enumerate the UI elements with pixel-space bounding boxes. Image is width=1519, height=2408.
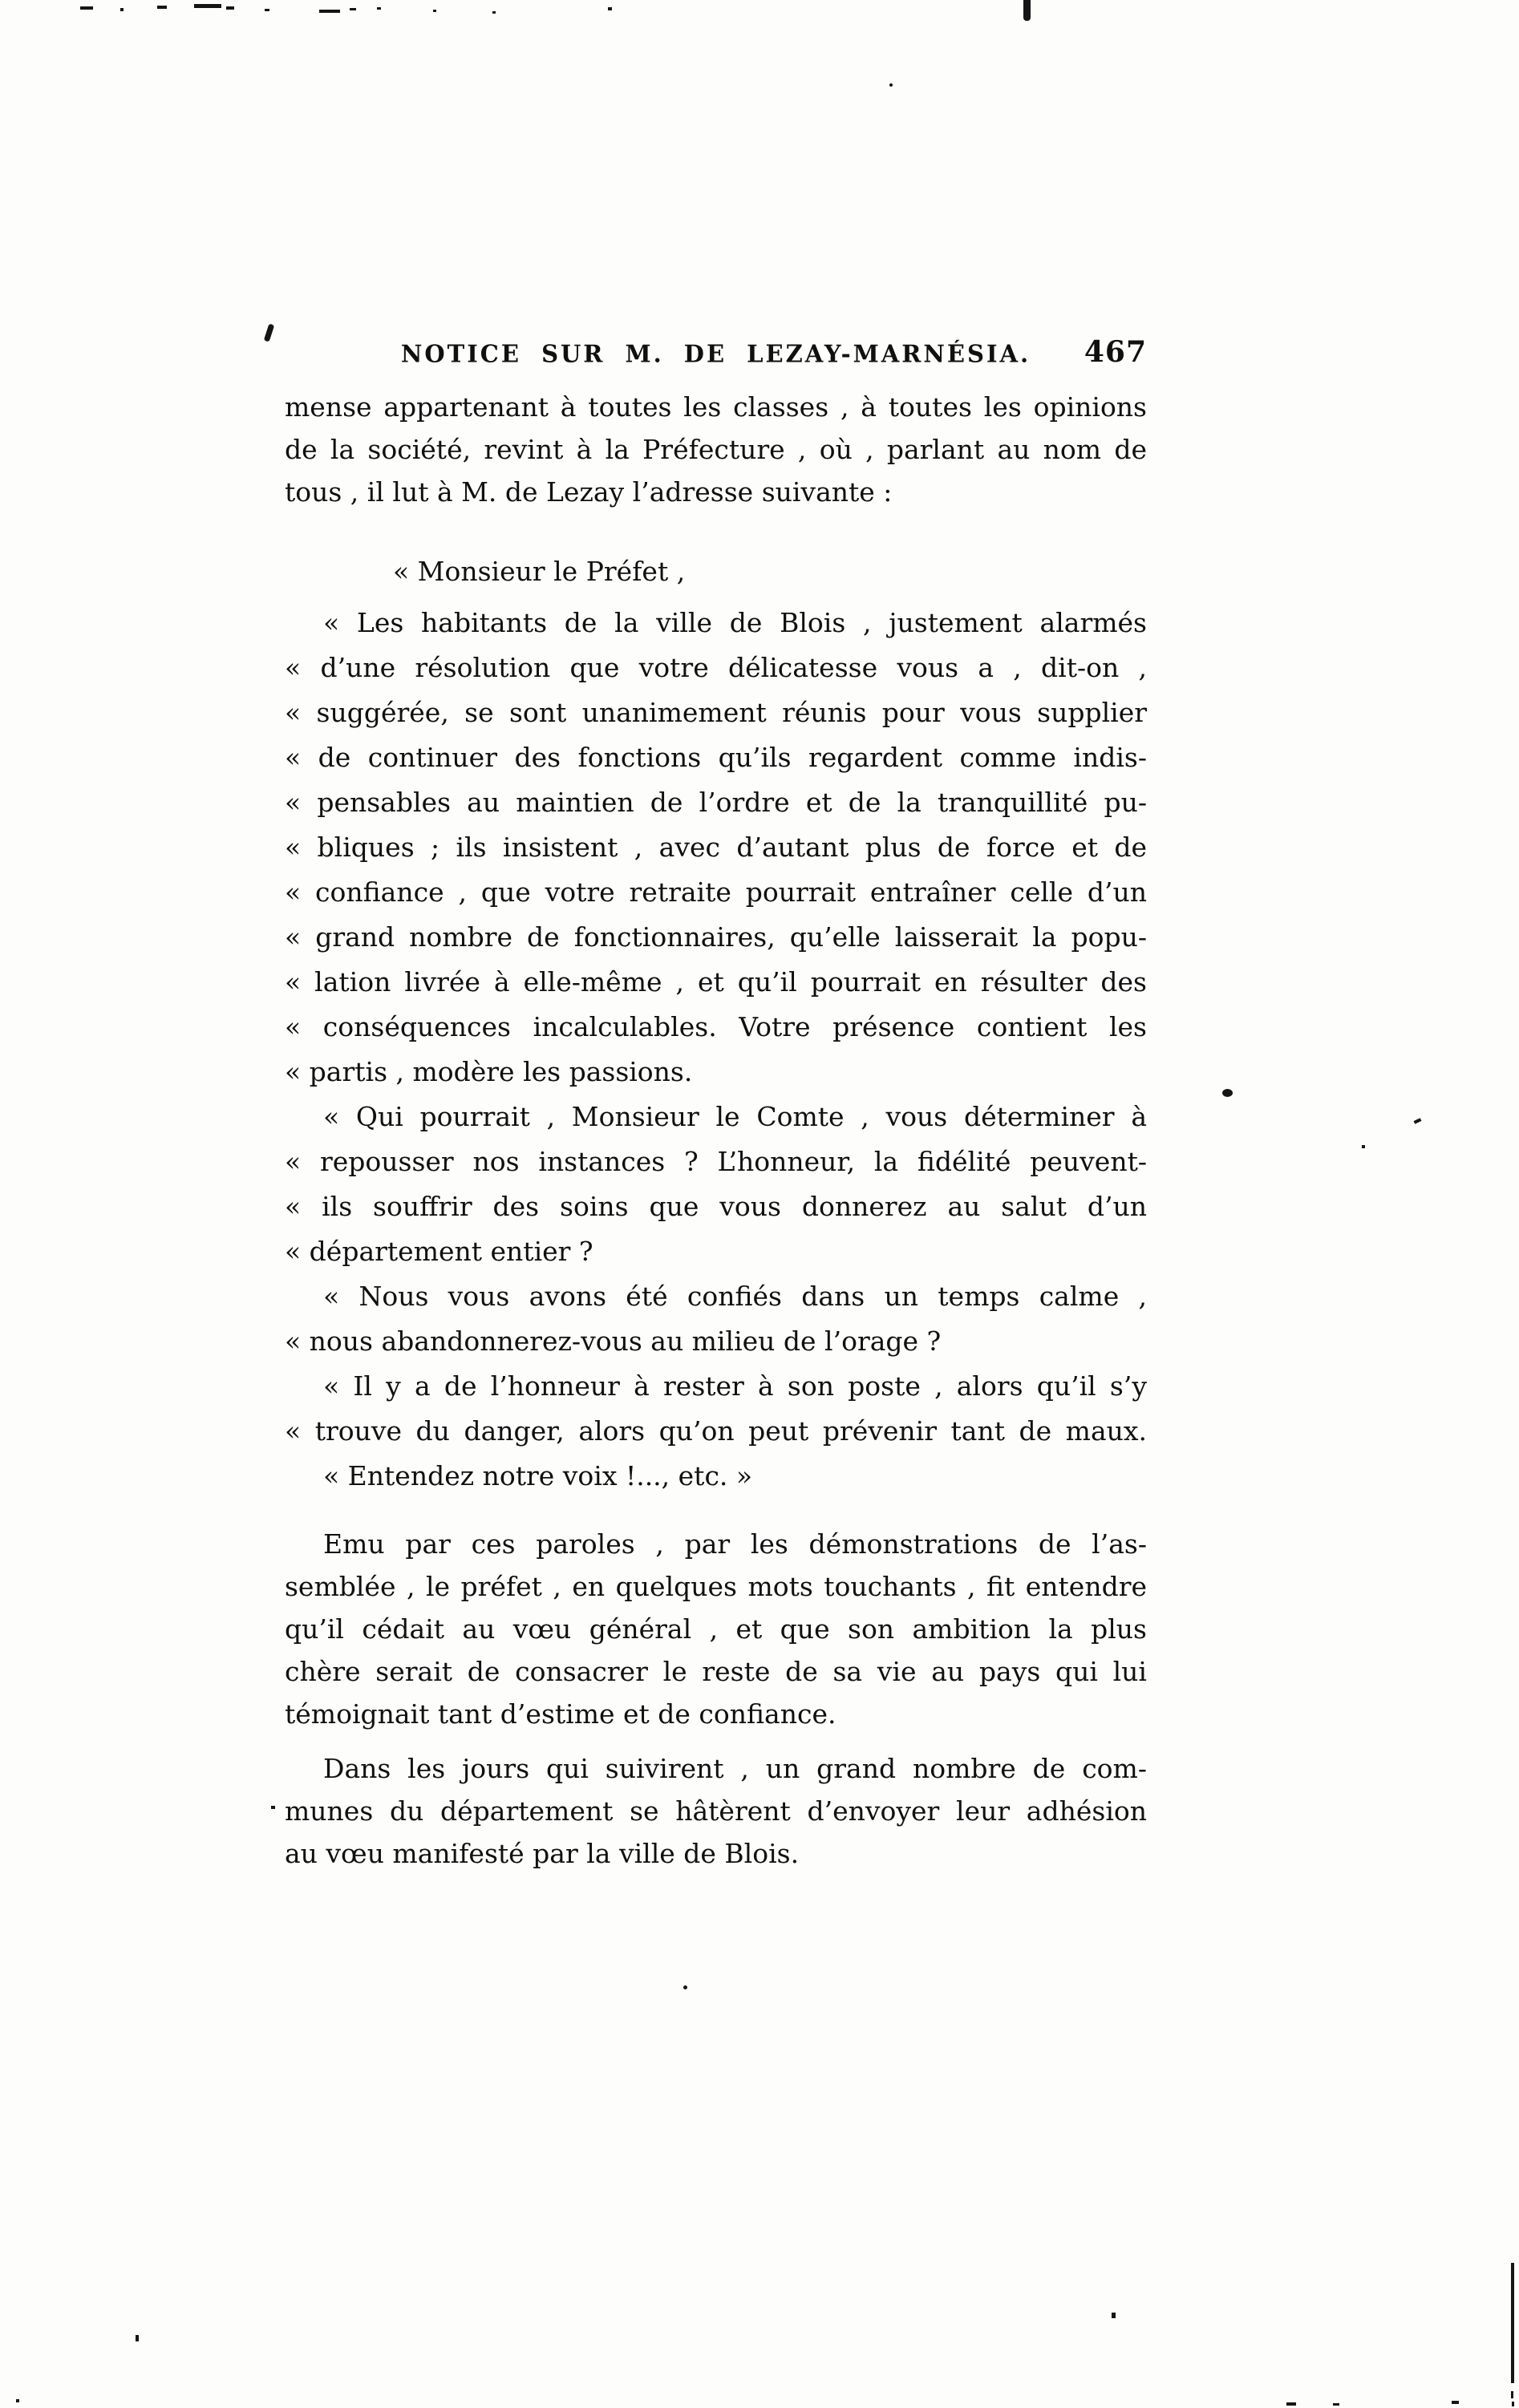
- text-line: « partis , modère les passions.: [285, 1050, 1147, 1095]
- text-line: tous , il lut à M. de Lezay l’adresse su…: [285, 471, 1147, 513]
- text-line: « nous abandonnerez-vous au milieu de l’…: [285, 1319, 1147, 1364]
- text-line: « département entier ?: [285, 1229, 1147, 1274]
- text-line: « ils souffrir des soins que vous donner…: [285, 1184, 1147, 1229]
- scanned-book-page: NOTICE SUR M. DE LEZAY-MARNÉSIA. 467 men…: [0, 0, 1519, 2408]
- text-line: « suggérée, se sont unanimement réunis p…: [285, 690, 1147, 735]
- page-body: mense appartenant à toutes les classes ,…: [285, 386, 1147, 1875]
- scan-speck: [157, 6, 167, 9]
- text-line: « d’une résolution que votre délicatesse…: [285, 646, 1147, 690]
- scan-speck: [265, 9, 269, 11]
- quote-paragraph-5: « Entendez notre voix !..., etc. »: [285, 1454, 1147, 1499]
- text-line: « pensables au maintien de l’ordre et de…: [285, 780, 1147, 825]
- text-line: « de continuer des fonctions qu’ils rega…: [285, 735, 1147, 780]
- scan-speck: [1452, 2401, 1459, 2404]
- text-line: « Il y a de l’honneur à rester à son pos…: [285, 1364, 1147, 1409]
- scan-speck: [433, 10, 436, 12]
- quote-paragraph-3: « Nous vous avons été confiés dans un te…: [285, 1274, 1147, 1364]
- closing-paragraph-2: Dans les jours qui suivirent , un grand …: [285, 1747, 1147, 1875]
- scan-speck: [1333, 2403, 1339, 2406]
- scan-speck: [1286, 2402, 1296, 2406]
- page-number: 467: [1084, 335, 1147, 369]
- scan-speck: [608, 7, 612, 10]
- page-header: NOTICE SUR M. DE LEZAY-MARNÉSIA. 467: [285, 340, 1147, 367]
- opening-paragraph: mense appartenant à toutes les classes ,…: [285, 386, 1147, 513]
- scan-speck: [1112, 2313, 1116, 2318]
- scan-speck: [136, 2335, 139, 2341]
- scan-speck: [1362, 1145, 1365, 1148]
- text-line: qu’il cédait au vœu général , et que son…: [285, 1608, 1147, 1650]
- scan-speck: [1512, 2402, 1514, 2406]
- scan-speck: [271, 1806, 275, 1809]
- scan-speck: [16, 2399, 19, 2402]
- text-line: au vœu manifesté par la ville de Blois.: [285, 1832, 1147, 1875]
- scan-speck: [1222, 1089, 1233, 1097]
- scan-speck: [1511, 2391, 1513, 2398]
- closing-paragraph-1: Emu par ces paroles , par les démonstrat…: [285, 1523, 1147, 1735]
- scan-speck: [889, 83, 893, 87]
- text-line: « repousser nos instances ? L’honneur, l…: [285, 1139, 1147, 1184]
- text-line: « Entendez notre voix !..., etc. »: [285, 1454, 1147, 1499]
- text-line: « bliques ; ils insistent , avec d’autan…: [285, 825, 1147, 870]
- quote-paragraph-4: « Il y a de l’honneur à rester à son pos…: [285, 1364, 1147, 1454]
- text-line: « Monsieur le Préfet ,: [285, 549, 1147, 594]
- text-line: « Nous vous avons été confiés dans un te…: [285, 1274, 1147, 1319]
- text-line: Emu par ces paroles , par les démonstrat…: [285, 1523, 1147, 1565]
- scan-speck: [350, 8, 356, 10]
- scan-speck: [319, 10, 340, 13]
- quote-paragraph-1: « Les habitants de la ville de Blois , j…: [285, 601, 1147, 1095]
- text-line: Dans les jours qui suivirent , un grand …: [285, 1747, 1147, 1790]
- scan-speck: [377, 7, 381, 10]
- text-line: mense appartenant à toutes les classes ,…: [285, 386, 1147, 428]
- scan-speck: [226, 6, 234, 10]
- text-line: « Les habitants de la ville de Blois , j…: [285, 601, 1147, 646]
- scan-speck: [120, 8, 124, 11]
- scan-speck: [264, 323, 274, 342]
- text-line: munes du département se hâtèrent d’envoy…: [285, 1790, 1147, 1832]
- text-line: chère serait de consacrer le reste de sa…: [285, 1650, 1147, 1693]
- text-line: témoignait tant d’estime et de confiance…: [285, 1693, 1147, 1735]
- ink-blot-top: [1023, 0, 1031, 21]
- text-line: « grand nombre de fonctionnaires, qu’ell…: [285, 915, 1147, 960]
- text-line: de la société, revint à la Préfecture , …: [285, 428, 1147, 471]
- quote-paragraph-2: « Qui pourrait , Monsieur le Comte , vou…: [285, 1095, 1147, 1274]
- scan-speck: [194, 4, 221, 8]
- page-edge-line: [1511, 2263, 1514, 2383]
- text-line: « Qui pourrait , Monsieur le Comte , vou…: [285, 1095, 1147, 1139]
- text-line: semblée , le préfet , en quelques mots t…: [285, 1565, 1147, 1608]
- text-line: « conséquences incalculables. Votre prés…: [285, 1005, 1147, 1050]
- running-title: NOTICE SUR M. DE LEZAY-MARNÉSIA.: [401, 339, 1031, 367]
- quote-salutation: « Monsieur le Préfet ,: [285, 549, 1147, 594]
- text-line: « confiance , que votre retraite pourrai…: [285, 870, 1147, 915]
- text-line: « lation livrée à elle-même , et qu’il p…: [285, 960, 1147, 1005]
- scan-speck: [683, 1985, 687, 1989]
- scan-speck: [1414, 1118, 1422, 1123]
- scan-speck: [80, 6, 93, 10]
- scan-speck: [492, 11, 496, 14]
- text-line: « trouve du danger, alors qu’on peut pré…: [285, 1409, 1147, 1454]
